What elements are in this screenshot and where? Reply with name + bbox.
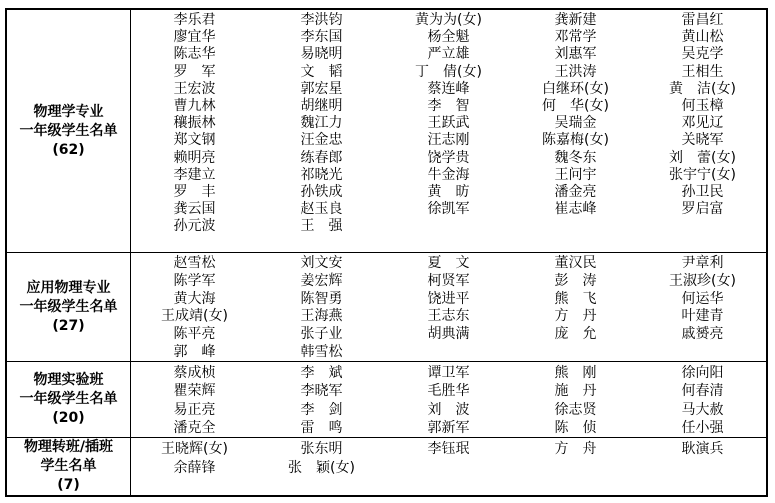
section-row: 物理实验班一年级学生名单(20)蔡成桢瞿荣辉易正亮潘克全李 斌李晓军李 剑雷 鸣…: [7, 362, 766, 438]
student-name: 刘文安: [301, 255, 343, 273]
student-name: 黄 洁(女): [669, 81, 736, 98]
student-name: 徐志贤: [555, 401, 597, 419]
name-column: 董汉民彭 涛熊 飞方 丹庞 允: [512, 255, 639, 361]
student-name: 王成靖(女): [161, 308, 228, 326]
student-name: 张 颖(女): [288, 459, 355, 478]
student-name: 李建立: [174, 167, 216, 184]
section-header-line: (27): [52, 317, 84, 336]
name-column: 张东明张 颖(女): [258, 440, 385, 495]
student-name: 李 智: [428, 98, 470, 115]
section-header-line: (7): [57, 476, 80, 495]
section-header-line: 一年级学生名单: [20, 122, 118, 141]
student-name: 韩雪松: [301, 344, 343, 362]
student-name: 邓常学: [555, 29, 597, 46]
name-column: 谭卫军毛胜华刘 波郭新军: [385, 364, 512, 437]
student-name: 汪志刚: [428, 132, 470, 149]
student-name: 廖宜华: [174, 29, 216, 46]
student-name: 胡继明: [301, 98, 343, 115]
student-name: 张东明: [301, 440, 343, 459]
student-name: 彭 涛: [555, 273, 597, 291]
section-header: 物理转班/插班学生名单(7): [7, 438, 131, 495]
student-name: 丁 倩(女): [415, 64, 482, 81]
student-name: 王淑珍(女): [669, 273, 736, 291]
student-name: 郭新军: [428, 419, 470, 437]
student-name: 郑文钢: [174, 132, 216, 149]
name-column: 李洪钧李东国易晓明文 韬郭宏星胡继明魏江力汪金忠练春郎祁晓光孙铁成赵玉良王 强: [258, 12, 385, 252]
student-name: 何 华(女): [542, 98, 609, 115]
student-name: 孙铁成: [301, 184, 343, 201]
student-name: 徐向阳: [682, 364, 724, 382]
student-name: 张子业: [301, 326, 343, 344]
section-header-line: (20): [52, 409, 84, 428]
student-name: 穰振林: [174, 115, 216, 132]
student-name: 熊 飞: [555, 291, 597, 309]
student-name: 方 丹: [555, 308, 597, 326]
section-row: 物理学专业一年级学生名单(62)李乐君廖宜华陈志华罗 军王宏波曹九林穰振林郑文钢…: [7, 10, 766, 253]
student-name: 戚赟亮: [682, 326, 724, 344]
section-header-line: 物理转班/插班: [24, 438, 113, 457]
student-name: 何运华: [682, 291, 724, 309]
student-name: 施 丹: [555, 382, 597, 400]
student-name: 李东国: [301, 29, 343, 46]
student-name: 陈 侦: [555, 419, 597, 437]
student-name: 马大赦: [682, 401, 724, 419]
student-name: 庞 允: [555, 326, 597, 344]
names-area: 赵雪松陈学军黄大海王成靖(女)陈平亮郭 峰刘文安姜宏辉陈智勇王海燕张子业韩雪松夏…: [131, 253, 766, 361]
section-header-line: 物理实验班: [34, 371, 104, 390]
name-column: 黄为为(女)杨全魁严立雄丁 倩(女)蔡连峰李 智王跃武汪志刚饶学贵牛金海黄 昉徐…: [385, 12, 512, 252]
name-column: 李乐君廖宜华陈志华罗 军王宏波曹九林穰振林郑文钢赖明亮李建立罗 丰龚云国孙元波: [131, 12, 258, 252]
student-name: 杨全魁: [428, 29, 470, 46]
student-name: 李洪钧: [301, 12, 343, 29]
student-name: 郭宏星: [301, 81, 343, 98]
student-name: 饶学贵: [428, 150, 470, 167]
section-header-line: 物理学专业: [34, 103, 104, 122]
student-name: 黄 昉: [428, 184, 470, 201]
name-column: 李钰珉: [385, 440, 512, 495]
student-name: 李 斌: [301, 364, 343, 382]
student-name: 方 舟: [555, 440, 597, 459]
student-name: 蔡连峰: [428, 81, 470, 98]
section-header-line: 学生名单: [41, 457, 97, 476]
student-name: 陈智勇: [301, 291, 343, 309]
student-name: 夏 文: [428, 255, 470, 273]
student-name: 孙卫民: [682, 184, 724, 201]
student-name: 王海燕: [301, 308, 343, 326]
name-column: 刘文安姜宏辉陈智勇王海燕张子业韩雪松: [258, 255, 385, 361]
name-column: 李 斌李晓军李 剑雷 鸣: [258, 364, 385, 437]
names-area: 李乐君廖宜华陈志华罗 军王宏波曹九林穰振林郑文钢赖明亮李建立罗 丰龚云国孙元波李…: [131, 10, 766, 252]
name-column: 尹章利王淑珍(女)何运华叶建青戚赟亮: [639, 255, 766, 361]
student-name: 孙元波: [174, 218, 216, 235]
student-name: 白继环(女): [542, 81, 609, 98]
section-header: 物理实验班一年级学生名单(20): [7, 362, 131, 437]
student-name: 陈平亮: [174, 326, 216, 344]
student-name: 吴瑞金: [555, 115, 597, 132]
student-name: 龚云国: [174, 201, 216, 218]
student-name: 任小强: [682, 419, 724, 437]
section-header-line: 应用物理专业: [27, 279, 111, 298]
student-name: 董汉民: [555, 255, 597, 273]
student-name: 赵玉良: [301, 201, 343, 218]
section-header: 物理学专业一年级学生名单(62): [7, 10, 131, 252]
student-name: 陈学军: [174, 273, 216, 291]
student-name: 练春郎: [301, 150, 343, 167]
student-name: 毛胜华: [428, 382, 470, 400]
student-name: 易晓明: [301, 46, 343, 63]
student-name: 刘 蕾(女): [669, 150, 736, 167]
student-name: 雷 鸣: [301, 419, 343, 437]
name-column: 王晓辉(女)余薛锋: [131, 440, 258, 495]
student-name: 曹九林: [174, 98, 216, 115]
student-name: 魏江力: [301, 115, 343, 132]
student-name: 易正亮: [174, 401, 216, 419]
student-name: 熊 刚: [555, 364, 597, 382]
section-header-line: (62): [52, 141, 84, 160]
section-row: 物理转班/插班学生名单(7)王晓辉(女)余薛锋张东明张 颖(女)李钰珉方 舟耿演…: [7, 438, 766, 495]
student-name: 黄大海: [174, 291, 216, 309]
student-name: 王问宇: [555, 167, 597, 184]
student-name: 祁晓光: [301, 167, 343, 184]
student-name: 王洪涛: [555, 64, 597, 81]
student-name: 刘 波: [428, 401, 470, 419]
student-name: 姜宏辉: [301, 273, 343, 291]
student-name: 魏冬东: [555, 150, 597, 167]
student-name: 关晓军: [682, 132, 724, 149]
student-name: 王相生: [682, 64, 724, 81]
student-name: 郭 峰: [174, 344, 216, 362]
student-name: 赖明亮: [174, 150, 216, 167]
name-column: 蔡成桢瞿荣辉易正亮潘克全: [131, 364, 258, 437]
name-column: 龚新建邓常学刘惠军王洪涛白继环(女)何 华(女)吴瑞金陈嘉梅(女)魏冬东王问宇潘…: [512, 12, 639, 252]
student-name: 刘惠军: [555, 46, 597, 63]
student-name: 陈嘉梅(女): [542, 132, 609, 149]
student-name: 张宇宁(女): [669, 167, 736, 184]
name-column: 熊 刚施 丹徐志贤陈 侦: [512, 364, 639, 437]
student-name: 吴克学: [682, 46, 724, 63]
name-column: 赵雪松陈学军黄大海王成靖(女)陈平亮郭 峰: [131, 255, 258, 361]
student-name: 汪金忠: [301, 132, 343, 149]
student-name: 徐凯军: [428, 201, 470, 218]
student-name: 罗 军: [174, 64, 216, 81]
student-name: 李晓军: [301, 382, 343, 400]
student-name: 耿演兵: [682, 440, 724, 459]
section-header: 应用物理专业一年级学生名单(27): [7, 253, 131, 361]
names-area: 蔡成桢瞿荣辉易正亮潘克全李 斌李晓军李 剑雷 鸣谭卫军毛胜华刘 波郭新军熊 刚施…: [131, 362, 766, 437]
student-name: 罗启富: [682, 201, 724, 218]
student-name: 罗 丰: [174, 184, 216, 201]
section-header-line: 一年级学生名单: [20, 298, 118, 317]
student-name: 蔡成桢: [174, 364, 216, 382]
name-column: 徐向阳何春清马大赦任小强: [639, 364, 766, 437]
student-name: 余薛锋: [174, 459, 216, 478]
student-name: 陈志华: [174, 46, 216, 63]
section-header-line: 一年级学生名单: [20, 390, 118, 409]
student-name: 李钰珉: [428, 440, 470, 459]
section-row: 应用物理专业一年级学生名单(27)赵雪松陈学军黄大海王成靖(女)陈平亮郭 峰刘文…: [7, 253, 766, 362]
student-name: 王晓辉(女): [161, 440, 228, 459]
name-column: 方 舟: [512, 440, 639, 495]
student-name: 黄山松: [682, 29, 724, 46]
student-name: 王志东: [428, 308, 470, 326]
student-name: 何春清: [682, 382, 724, 400]
student-name: 瞿荣辉: [174, 382, 216, 400]
student-roster-table: 物理学专业一年级学生名单(62)李乐君廖宜华陈志华罗 军王宏波曹九林穰振林郑文钢…: [5, 8, 768, 497]
name-column: 雷昌红黄山松吴克学王相生黄 洁(女)何玉樟邓见辽关晓军刘 蕾(女)张宇宁(女)孙…: [639, 12, 766, 252]
student-name: 李乐君: [174, 12, 216, 29]
student-name: 尹章利: [682, 255, 724, 273]
student-name: 雷昌红: [682, 12, 724, 29]
student-name: 王 强: [301, 218, 343, 235]
student-name: 潘金亮: [555, 184, 597, 201]
student-name: 黄为为(女): [415, 12, 482, 29]
student-name: 牛金海: [428, 167, 470, 184]
student-name: 谭卫军: [428, 364, 470, 382]
student-name: 邓见辽: [682, 115, 724, 132]
student-name: 文 韬: [301, 64, 343, 81]
student-name: 王跃武: [428, 115, 470, 132]
student-name: 王宏波: [174, 81, 216, 98]
student-name: 柯贤军: [428, 273, 470, 291]
student-name: 叶建青: [682, 308, 724, 326]
student-name: 李 剑: [301, 401, 343, 419]
student-name: 潘克全: [174, 419, 216, 437]
name-column: 耿演兵: [639, 440, 766, 495]
student-name: 龚新建: [555, 12, 597, 29]
student-name: 胡典满: [428, 326, 470, 344]
student-name: 饶进平: [428, 291, 470, 309]
name-column: 夏 文柯贤军饶进平王志东胡典满: [385, 255, 512, 361]
student-name: 何玉樟: [682, 98, 724, 115]
names-area: 王晓辉(女)余薛锋张东明张 颖(女)李钰珉方 舟耿演兵: [131, 438, 766, 495]
student-name: 赵雪松: [174, 255, 216, 273]
student-name: 崔志峰: [555, 201, 597, 218]
student-name: 严立雄: [428, 46, 470, 63]
